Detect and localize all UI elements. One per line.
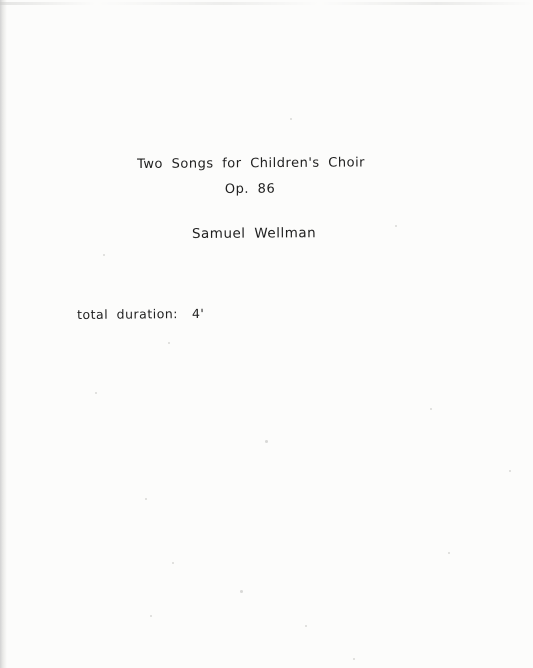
page-top-scan-smudge xyxy=(0,2,533,5)
scan-speckle xyxy=(265,440,268,443)
scan-speckle xyxy=(103,254,105,256)
scan-speckle xyxy=(145,498,147,500)
scan-speckle xyxy=(172,562,174,564)
scan-speckle xyxy=(305,625,307,627)
scan-speckle xyxy=(430,408,432,410)
scan-speckle xyxy=(395,225,397,227)
scanned-title-page: Two Songs for Children's Choir Op. 86 Sa… xyxy=(0,0,533,668)
composer-name: Samuel Wellman xyxy=(192,225,316,242)
total-duration: total duration:4' xyxy=(77,306,204,322)
page-left-edge-shadow xyxy=(0,0,7,668)
scan-speckle xyxy=(353,658,355,660)
opus-number: Op. 86 xyxy=(225,182,275,197)
scan-speckle xyxy=(150,615,152,617)
total-duration-value: 4' xyxy=(192,306,205,321)
scan-speckle xyxy=(240,590,243,593)
total-duration-label: total duration: xyxy=(77,306,178,322)
scan-speckle xyxy=(448,552,450,554)
scan-speckle xyxy=(509,470,511,472)
scan-speckle xyxy=(95,392,97,394)
scan-speckle xyxy=(290,118,292,120)
work-title: Two Songs for Children's Choir xyxy=(137,155,365,172)
scan-speckle xyxy=(168,342,170,344)
